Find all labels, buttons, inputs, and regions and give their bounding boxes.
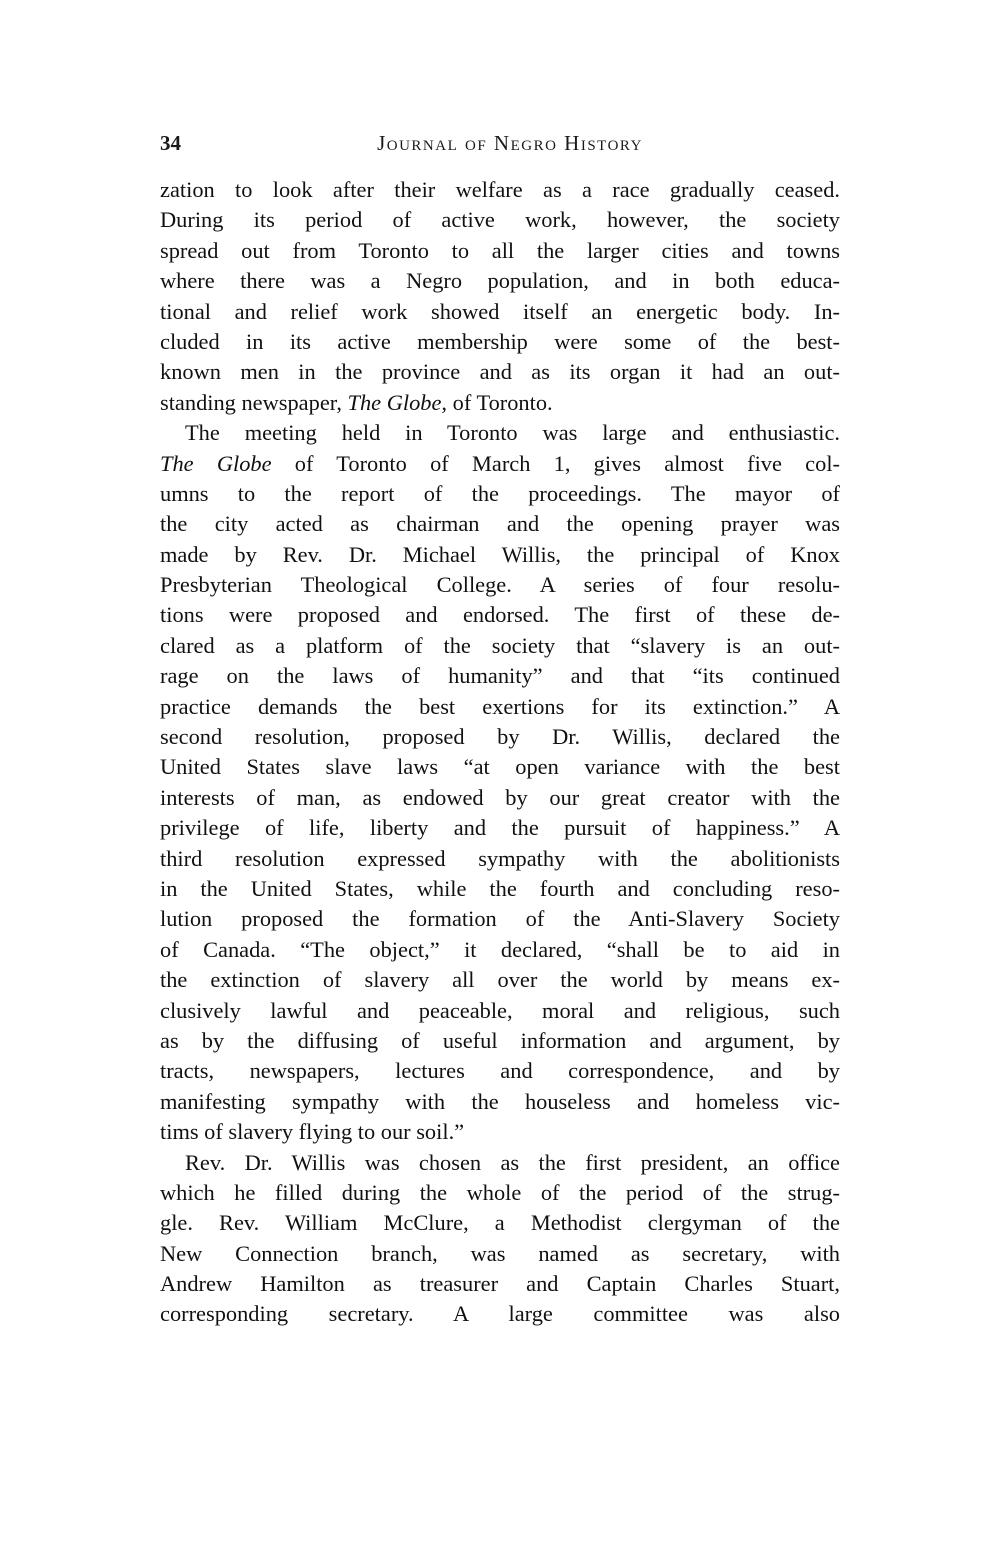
text-line: New Connection branch, was named as secr… — [160, 1239, 840, 1269]
text-line: tracts, newspapers, lectures and corresp… — [160, 1056, 840, 1086]
text-line: The Globe of Toronto of March 1, gives a… — [160, 449, 840, 479]
text-line: which he filled during the whole of the … — [160, 1178, 840, 1208]
text-line: Andrew Hamilton as treasurer and Captain… — [160, 1269, 840, 1299]
text-line: Presbyterian Theological College. A seri… — [160, 570, 840, 600]
text-line: clusively lawful and peaceable, moral an… — [160, 996, 840, 1026]
text-line: rage on the laws of humanity” and that “… — [160, 661, 840, 691]
text-line: the extinction of slavery all over the w… — [160, 965, 840, 995]
text-line: privilege of life, liberty and the pursu… — [160, 813, 840, 843]
text-line: as by the diffusing of useful informatio… — [160, 1026, 840, 1056]
text-line: made by Rev. Dr. Michael Willis, the pri… — [160, 540, 840, 570]
text-line: tional and relief work showed itself an … — [160, 297, 840, 327]
text-line: manifesting sympathy with the houseless … — [160, 1087, 840, 1117]
text-line: of Canada. “The object,” it declared, “s… — [160, 935, 840, 965]
paragraph: Rev. Dr. Willis was chosen as the first … — [160, 1148, 840, 1330]
text-line: Rev. Dr. Willis was chosen as the first … — [160, 1148, 840, 1178]
paragraph: The meeting held in Toronto was large an… — [160, 418, 840, 1147]
text-line: corresponding secretary. A large committ… — [160, 1299, 840, 1329]
paragraph: zation to look after their welfare as a … — [160, 175, 840, 418]
text-line: cluded in its active membership were som… — [160, 327, 840, 357]
text-line: interests of man, as endowed by our grea… — [160, 783, 840, 813]
text-line: practice demands the best exertions for … — [160, 692, 840, 722]
text-line: third resolution expressed sympathy with… — [160, 844, 840, 874]
running-header: 34 Journal of Negro History — [160, 131, 840, 161]
italic-title: The Globe, — [348, 390, 448, 415]
text-line: in the United States, while the fourth a… — [160, 874, 840, 904]
text-line: umns to the report of the proceedings. T… — [160, 479, 840, 509]
text-line: second resolution, proposed by Dr. Willi… — [160, 722, 840, 752]
text-line: spread out from Toronto to all the large… — [160, 236, 840, 266]
text-line: the city acted as chairman and the openi… — [160, 509, 840, 539]
text-line: tions were proposed and endorsed. The fi… — [160, 600, 840, 630]
text-line: tims of slavery flying to our soil.” — [160, 1117, 840, 1147]
text-line: During its period of active work, howeve… — [160, 205, 840, 235]
text-line: lution proposed the formation of the Ant… — [160, 904, 840, 934]
text-line: gle. Rev. William McClure, a Methodist c… — [160, 1208, 840, 1238]
journal-title: Journal of Negro History — [160, 131, 840, 156]
text-line: clared as a platform of the society that… — [160, 631, 840, 661]
text-line: standing newspaper, The Globe, of Toront… — [160, 388, 840, 418]
text-line: where there was a Negro population, and … — [160, 266, 840, 296]
text-line: zation to look after their welfare as a … — [160, 175, 840, 205]
italic-title: The Globe — [160, 451, 272, 476]
text-line: The meeting held in Toronto was large an… — [160, 418, 840, 448]
body-text: zation to look after their welfare as a … — [160, 175, 840, 1330]
text-line: United States slave laws “at open varian… — [160, 752, 840, 782]
text-line: known men in the province and as its org… — [160, 357, 840, 387]
document-page: 34 Journal of Negro History zation to lo… — [0, 0, 1000, 1552]
